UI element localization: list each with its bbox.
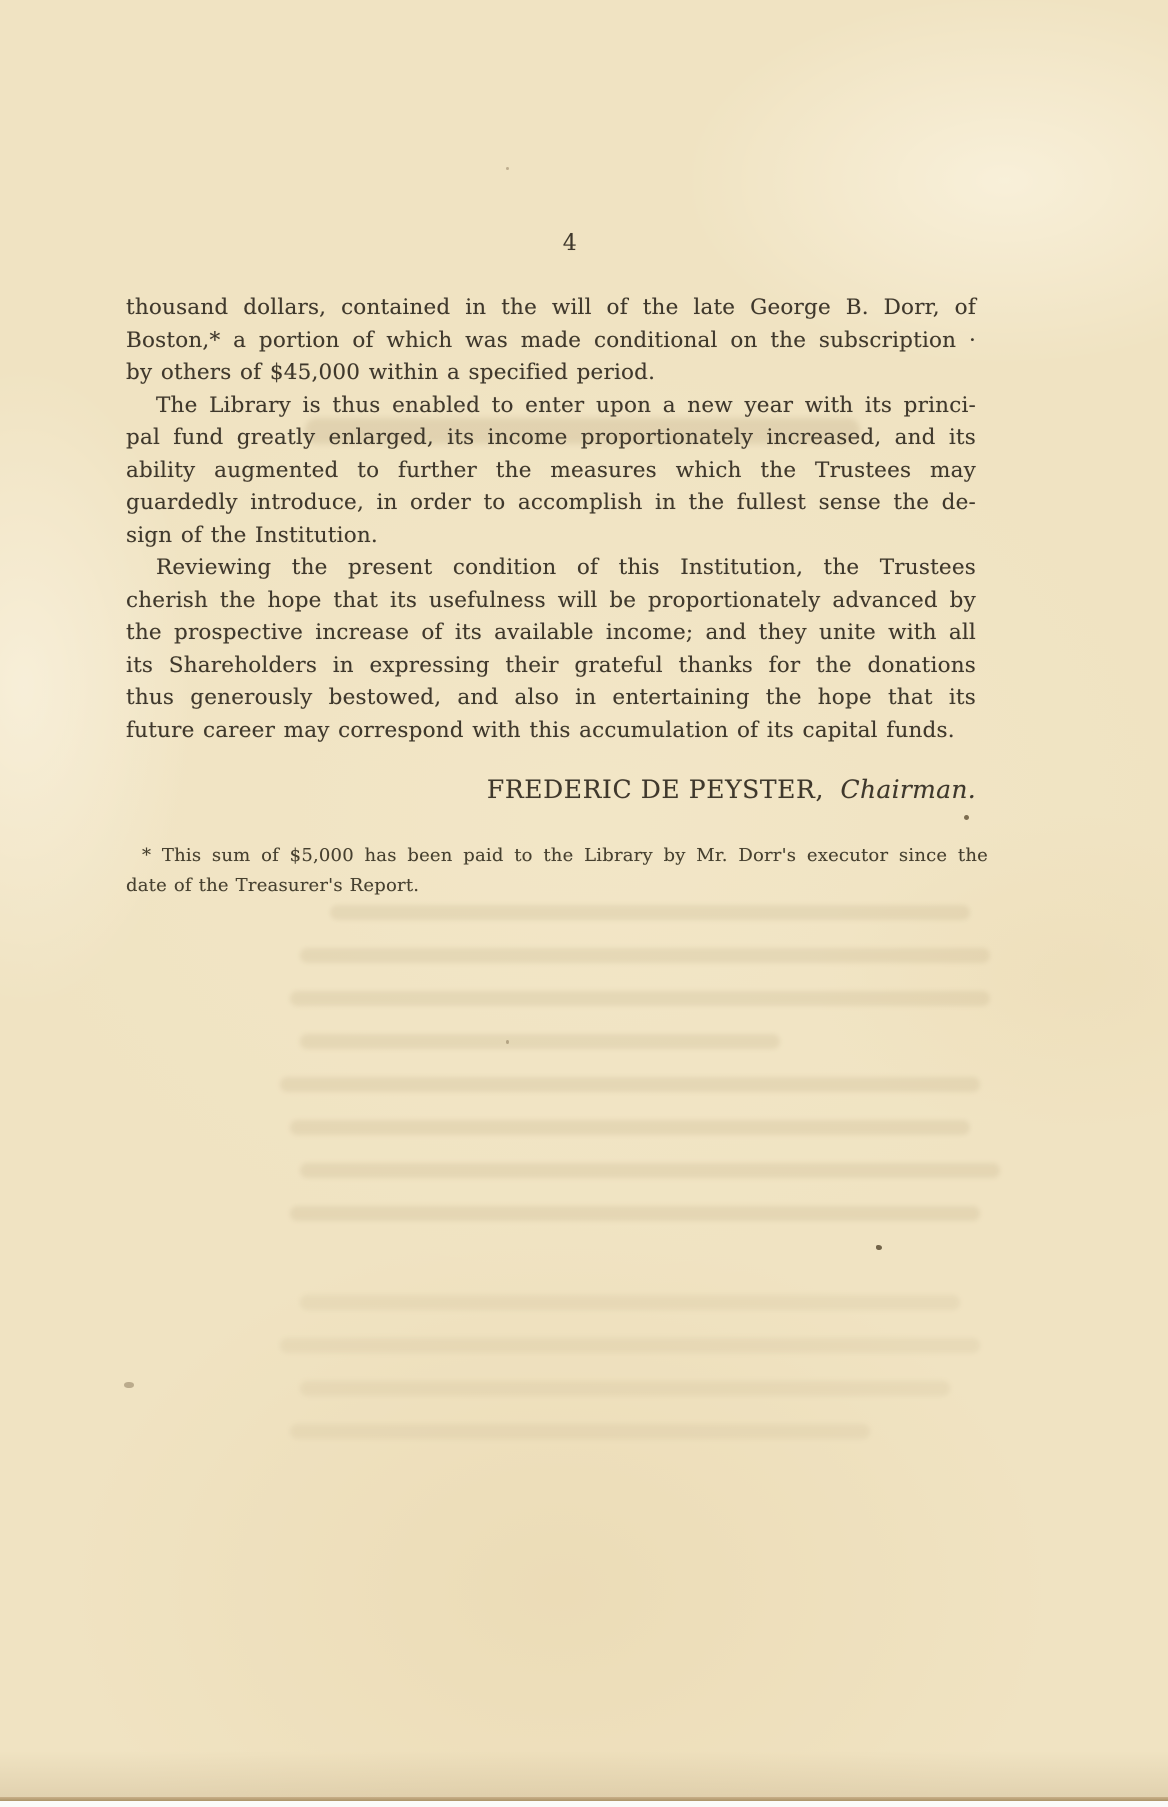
footnote: * This sum of $5,000 has been paid to th… bbox=[126, 841, 988, 900]
body-line: by others of $45,000 within a specified … bbox=[126, 357, 976, 390]
paper-speck bbox=[964, 815, 969, 820]
scan-background bbox=[0, 1801, 1168, 1807]
body-line: its Shareholders in expressing their gra… bbox=[126, 650, 976, 683]
body-line: The Library is thus enabled to enter upo… bbox=[126, 390, 976, 423]
body-line: the prospective increase of its availabl… bbox=[126, 617, 976, 650]
show-through-line bbox=[300, 1163, 1000, 1178]
show-through-line bbox=[330, 905, 970, 920]
show-through-line bbox=[300, 948, 990, 963]
show-through-line bbox=[280, 1338, 980, 1353]
footnote-line: date of the Treasurer's Report. bbox=[126, 871, 988, 901]
page-bottom-shadow bbox=[0, 1751, 1168, 1797]
body-line: cherish the hope that its usefulness wil… bbox=[126, 585, 976, 618]
show-through-line bbox=[290, 1206, 980, 1221]
body-line: future career may correspond with this a… bbox=[126, 715, 976, 748]
show-through-line bbox=[290, 1424, 870, 1439]
show-through-line bbox=[290, 1120, 970, 1135]
footnote-line: * This sum of $5,000 has been paid to th… bbox=[126, 841, 988, 871]
body-line: pal fund greatly enlarged, its income pr… bbox=[126, 422, 976, 455]
show-through-line bbox=[280, 1077, 980, 1092]
show-through-line bbox=[300, 1381, 950, 1396]
signature-name: FREDERIC DE PEYSTER, bbox=[487, 775, 824, 804]
show-through-line bbox=[300, 1034, 780, 1049]
show-through-line bbox=[300, 1295, 960, 1310]
paper-speck bbox=[124, 1382, 134, 1388]
body-line: thousand dollars, contained in the will … bbox=[126, 292, 976, 325]
paper-speck bbox=[876, 1245, 882, 1250]
body-text: thousand dollars, contained in the will … bbox=[126, 292, 976, 747]
body-line: thus generously bestowed, and also in en… bbox=[126, 682, 976, 715]
paper-speck bbox=[506, 1040, 509, 1044]
signature-line: FREDERIC DE PEYSTER, Chairman. bbox=[126, 775, 976, 804]
body-line: Reviewing the present condition of this … bbox=[126, 552, 976, 585]
page-number: 4 bbox=[563, 231, 578, 256]
paper-speck bbox=[506, 167, 509, 170]
scanned-page: 4 thousand dollars, contained in the wil… bbox=[0, 0, 1168, 1807]
body-line: ability augmented to further the measure… bbox=[126, 455, 976, 488]
body-line: sign of the Institution. bbox=[126, 520, 976, 553]
body-line: guardedly introduce, in order to accompl… bbox=[126, 487, 976, 520]
show-through-line bbox=[290, 991, 990, 1006]
body-line: Boston,* a portion of which was made con… bbox=[126, 325, 976, 358]
signature-title: Chairman. bbox=[841, 775, 976, 804]
